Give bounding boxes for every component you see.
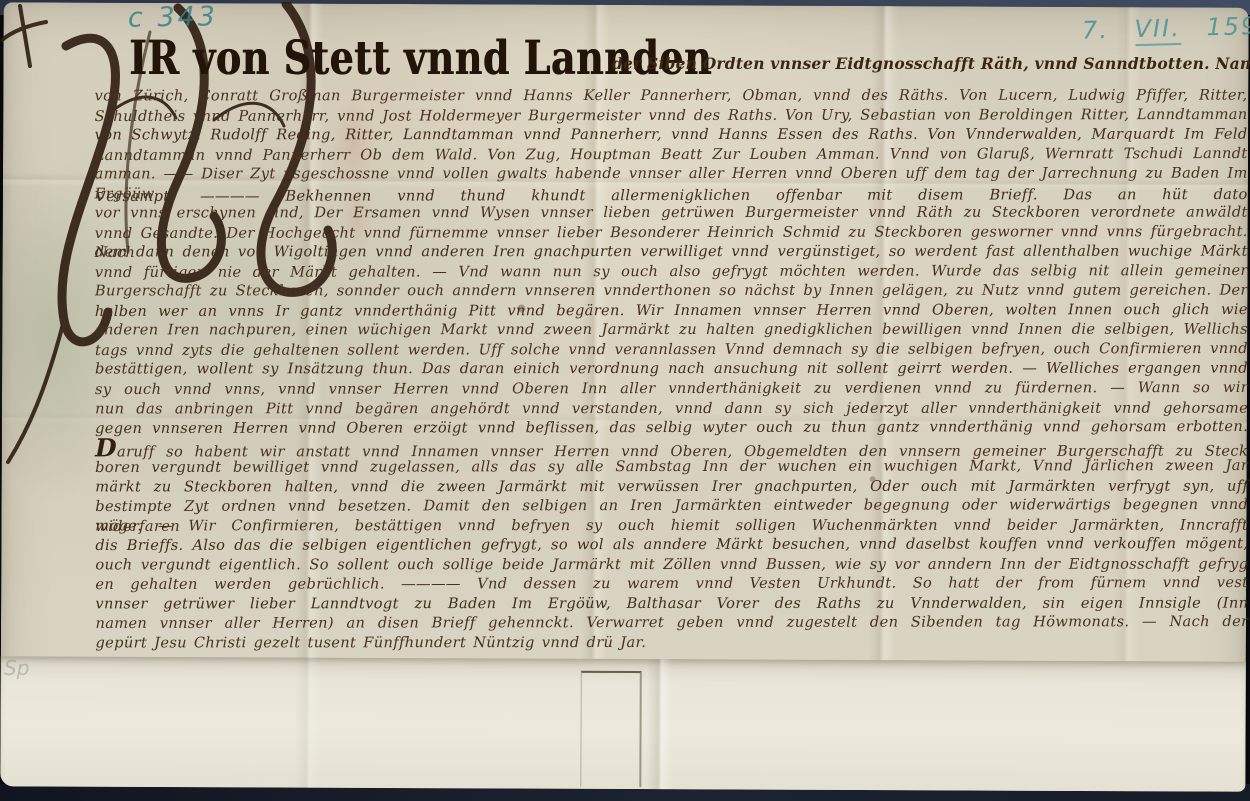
manuscript-text-block: von Zürich, Conratt Großman Burgermeiste…: [95, 85, 1249, 653]
manuscript-line: bestättigen, wollent sy Insätzung thun. …: [95, 359, 1248, 379]
manuscript-line: vnnd Gesandte. Der Hochgeacht vnnd fürne…: [95, 222, 1248, 244]
manuscript-line: gegen vnnseren Herren vnnd Oberen erzöig…: [95, 417, 1248, 439]
manuscript-line: anderen Iren nachpuren, einen wüchigen M…: [95, 320, 1248, 340]
manuscript-line: nun das anbringen Pitt vnnd begären ange…: [95, 398, 1248, 418]
archival-date-month: VII.: [1134, 14, 1181, 46]
archival-date-year: 1593: [1206, 11, 1250, 41]
charter-heading-continuation: der Siben Ordten vnnser Eidtgnosschafft …: [612, 54, 1248, 73]
manuscript-line: von Schwytz, Rudolff Reding, Ritter, Lan…: [95, 125, 1248, 145]
photo-of-charter: c 343 7. VII. 1593 Sp IR von Stett vnnd …: [0, 0, 1250, 801]
manuscript-line: Burgerschafft zu Steckboren, sonnder ouc…: [95, 281, 1248, 301]
manuscript-line: vnnd fürtigen nie der Märkt gehalten. — …: [95, 261, 1248, 283]
manuscript-line: bestimpte Zyt ordnen vnnd besetzen. Dami…: [95, 495, 1248, 517]
archival-date: 7. VII. 1593: [1082, 11, 1250, 44]
manuscript-line: tags vnnd zyts die gehaltenen sollent we…: [95, 339, 1248, 361]
archival-number: c 343: [128, 1, 218, 34]
manuscript-line: gepürt Jesu Christi gezelt tusent Fünffh…: [95, 632, 1248, 652]
manuscript-line: dem dann denen von Wigoltingen vnnd ande…: [95, 242, 1248, 262]
manuscript-line: Daruff so habent wir anstatt vnnd Inname…: [95, 437, 1248, 457]
manuscript-line: vor vnns erschynen sind, Der Ersamen vnn…: [95, 203, 1248, 223]
manuscript-line: märkt zu Steckboren halten, vnnd die zwe…: [95, 476, 1248, 496]
seal-tag-slit: [580, 671, 642, 787]
manuscript-line: halben wer an vnns Ir gantz vnnderthänig…: [95, 300, 1248, 322]
manuscript-line: Schuldtheis vnnd Pannerherr, vnnd Jost H…: [95, 105, 1248, 127]
manuscript-line: sy ouch vnnd vnns, vnnd vnnser Herren vn…: [95, 378, 1248, 400]
manuscript-line: en gehalten werden gebrüchlich. ———— Vnd…: [95, 573, 1248, 595]
manuscript-line: vnnser getrüwer lieber Lanndtvogt zu Bad…: [95, 593, 1248, 613]
archival-date-day: 7.: [1082, 16, 1110, 45]
manuscript-line: dis Brieffs. Also das die selbigen eigen…: [95, 534, 1248, 556]
fold-crease-vertical: [294, 658, 321, 788]
plica-fold: [0, 656, 1246, 791]
manuscript-line: von Zürich, Conratt Großman Burgermeiste…: [95, 86, 1248, 106]
manuscript-line: namen vnnser aller Herren) an disen Brie…: [95, 612, 1248, 634]
manuscript-line: Lanndtamman vnnd Pannerherr Ob dem Wald.…: [95, 144, 1248, 166]
manuscript-line: möge. — Wir Confirmieren, bestättigen vn…: [95, 515, 1248, 535]
corner-pencil-mark: Sp: [4, 656, 29, 680]
fold-crease-vertical: [646, 659, 673, 789]
manuscript-line: versampt. ———— Bekhennen vnnd thund khun…: [95, 183, 1248, 205]
manuscript-line: amman. —— Diser Zyt usgeschossne vnnd vo…: [95, 164, 1248, 184]
manuscript-line: ouch vergundt eigentlich. So sollent ouc…: [95, 554, 1248, 574]
